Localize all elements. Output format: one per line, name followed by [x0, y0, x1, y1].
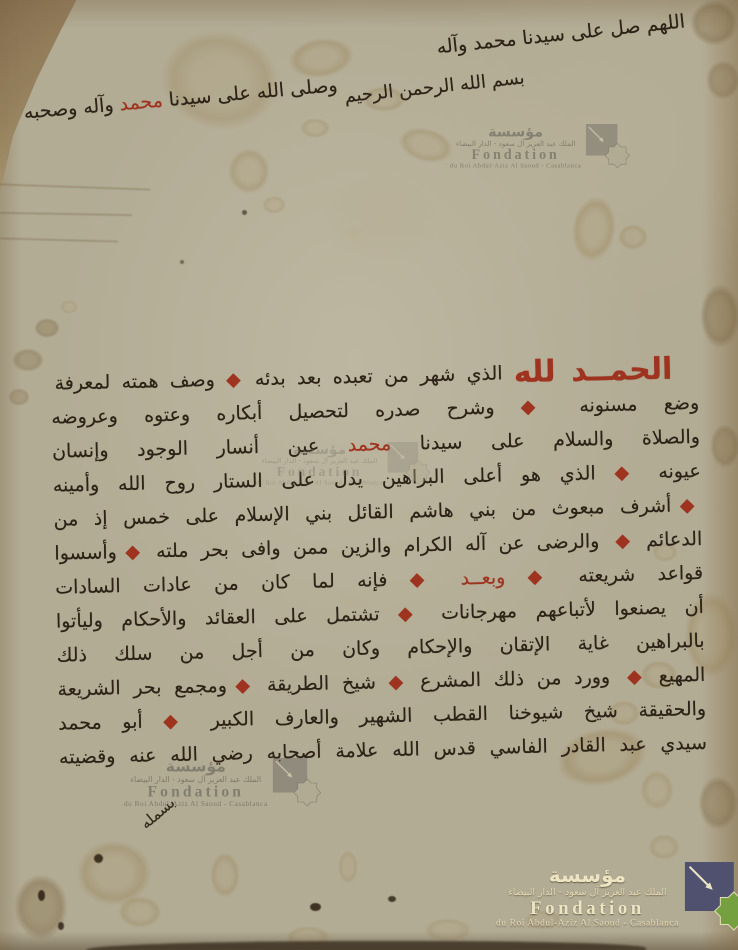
paper-stain [424, 918, 472, 942]
basmala-line: بسم الله الرحمن الرحيم [339, 66, 525, 109]
ink-text: تشتمل على العقائد والأحكام وليأتوا [56, 603, 389, 633]
watermark-french-subtitle: du Roi Abdul-Aziz Al Saoud - Casablanca [450, 163, 581, 170]
ink-text: وآله وصحبه [23, 93, 121, 123]
ink-text: وورد من ذلك المشرع [407, 666, 623, 693]
paper-stain [34, 318, 60, 338]
watermark-text: مؤسسة الملك عبد العزيز آل سعود - الدار ا… [496, 866, 679, 930]
catchword: بسمله [137, 793, 179, 832]
ink-speck [242, 210, 247, 215]
rubricated-text: ◆ [235, 674, 254, 696]
ink-text: عيونه [639, 460, 701, 483]
watermark-french-name: Fondation [124, 784, 268, 801]
rubricated-text: ◆ [388, 602, 423, 625]
paper-stain [700, 284, 738, 348]
paper-stain [524, 910, 562, 930]
paper-stain [338, 222, 368, 244]
ink-text: شيخ الطريقة [254, 671, 389, 696]
ink-text: وضع مسنونه [553, 392, 700, 417]
paper-stain [262, 196, 286, 214]
watermark-text: مؤسسة الملك عبد العزيز آل سعود - الدار ا… [450, 124, 581, 170]
watermark-french-name: Fondation [450, 148, 581, 164]
rubricated-text: ◆ وبعــد ◆ [396, 565, 557, 591]
ink-text: قواعد شريعته [556, 562, 703, 587]
paper-stain [300, 118, 330, 138]
rubricated-text: محمد [348, 433, 392, 456]
page-edge-shadow [86, 941, 646, 950]
ink-text: عين أنسار الوجود وإنسان [52, 434, 348, 463]
fondation-logo-icon [685, 862, 738, 933]
paper-stain [60, 300, 78, 314]
watermark-french-name: Fondation [496, 898, 679, 919]
ink-text: أن يصنعوا لأتباعهم مهرجانات [422, 596, 704, 624]
ink-speck [388, 896, 396, 902]
paper-stain [300, 160, 460, 280]
rubricated-text: ◆ [623, 665, 647, 688]
ink-text: سيدي عبد القادر الفاسي قدس الله علامة أص… [59, 732, 707, 769]
header-invocation: اللهم صل على سيدنا محمد وآله [436, 5, 733, 60]
paper-crease [0, 237, 118, 242]
tasliya-line: وصلى الله على سيدنا محمد وآله وصحبه [45, 73, 338, 123]
ink-text: فإنه لما كان من عادات السادات [55, 569, 396, 599]
rubricated-text: ◆ [503, 395, 554, 418]
ink-speck [180, 260, 184, 264]
manuscript-text-block: الحمــد لله الذي شهر من تعبده بعد بدئه ◆… [50, 352, 707, 775]
paper-stain [118, 896, 162, 928]
paper-stain [706, 60, 738, 100]
ink-speck [58, 922, 64, 930]
watermark-arabic-name: مؤسسة [450, 124, 581, 140]
paper-stain [395, 121, 458, 168]
manuscript-page: اللهم صل على سيدنا محمد وآله بسم الله ال… [0, 0, 738, 950]
ink-speck [310, 903, 321, 911]
ink-text: والحقيقة شيخ شيوخنا القطب الشهير والعارف… [190, 698, 707, 732]
ink-speck [38, 890, 45, 901]
paper-stain [618, 224, 648, 250]
paper-stain [648, 834, 680, 860]
paper-crease [0, 183, 150, 190]
watermark-arabic-subtitle: الملك عبد العزيز آل سعود - الدار البيضاء [124, 775, 268, 784]
paper-stain [338, 850, 358, 884]
rubricated-text: ◆ [226, 368, 244, 390]
ink-text: والصلاة والسلام على سيدنا [391, 426, 700, 455]
watermark-arabic-subtitle: الملك عبد العزيز آل سعود - الدار البيضاء [496, 888, 679, 898]
watermark-french-subtitle: du Roi Abdul-Aziz Al Saoud - Casablanca [496, 919, 679, 929]
ink-text: المهيع [646, 664, 706, 687]
ink-text: وشرح صدره لتحصيل أبكاره وعتوه وعروضه [51, 396, 503, 428]
ink-text: والرضى عن آله الكرام والزين ممن وافى بحر… [144, 530, 612, 563]
paper-stain [14, 874, 68, 940]
rubricated-text: محمد [119, 90, 164, 116]
paper-crease [0, 212, 132, 216]
paper-stain [228, 148, 270, 194]
watermark-french-subtitle: du Roi Abdul-Aziz Al Saoud - Casablanca [124, 801, 268, 809]
paper-stain [640, 770, 674, 810]
paper-stain [710, 424, 738, 468]
ink-text: أبو محمد [58, 711, 151, 735]
rubricated-text: الحمــد لله [513, 352, 672, 391]
fondation-logo-icon [586, 124, 632, 170]
rubricated-text: ◆ [611, 530, 634, 552]
paper-stain [568, 193, 621, 264]
rubricated-text: ◆ [604, 461, 640, 484]
ink-text: وصف همته لمعرفة [54, 369, 226, 395]
paper-stain [210, 852, 240, 898]
rubricated-text: ◆ [151, 710, 190, 733]
watermark-arabic-name: مؤسسة [496, 866, 679, 888]
paper-stain [76, 840, 152, 906]
paper-stain [12, 348, 44, 372]
paper-stain [698, 776, 738, 830]
ink-text: ومجمع بحر الشريعة [57, 675, 235, 701]
watermark-fondation-bottom-right: مؤسسة الملك عبد العزيز آل سعود - الدار ا… [496, 862, 738, 933]
rubricated-text: ◆ [125, 541, 144, 563]
rubricated-text: ◆ [388, 671, 407, 693]
watermark-fondation-top: مؤسسة الملك عبد العزيز آل سعود - الدار ا… [450, 124, 632, 170]
ink-text: وصلى الله على سيدنا [162, 74, 339, 111]
rubricated-text: ◆ [680, 494, 702, 516]
ink-text: الدعائم [634, 528, 703, 552]
ink-speck [94, 854, 103, 863]
watermark-arabic-subtitle: الملك عبد العزيز آل سعود - الدار البيضاء [450, 140, 581, 148]
ink-speck [700, 868, 708, 874]
ink-text: الذي شهر من تعبده بعد بدئه [243, 362, 514, 390]
paper-stain [8, 388, 30, 406]
ink-text: وأسسوا [54, 541, 125, 565]
